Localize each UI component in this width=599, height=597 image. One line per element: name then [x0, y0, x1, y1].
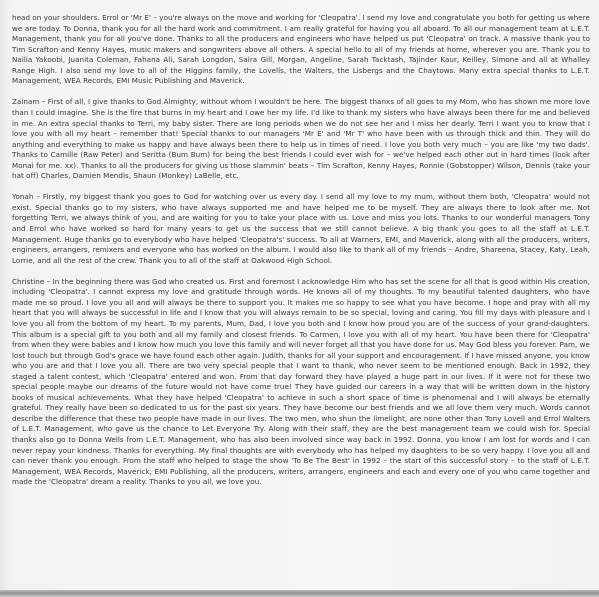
thank-you-text-block: head on your shoulders. Errol or 'Mr E' … — [12, 13, 590, 498]
paragraph-zainam: Zainam – First of all, I give thanks to … — [12, 97, 590, 181]
page-bottom-edge — [0, 590, 599, 597]
liner-notes-page: head on your shoulders. Errol or 'Mr E' … — [0, 0, 599, 590]
paragraph-intro-continued: head on your shoulders. Errol or 'Mr E' … — [12, 13, 590, 87]
paragraph-yonah: Yonah – Firstly, my biggest thank you go… — [12, 192, 590, 266]
paragraph-christine: Christine – In the beginning there was G… — [12, 277, 590, 488]
